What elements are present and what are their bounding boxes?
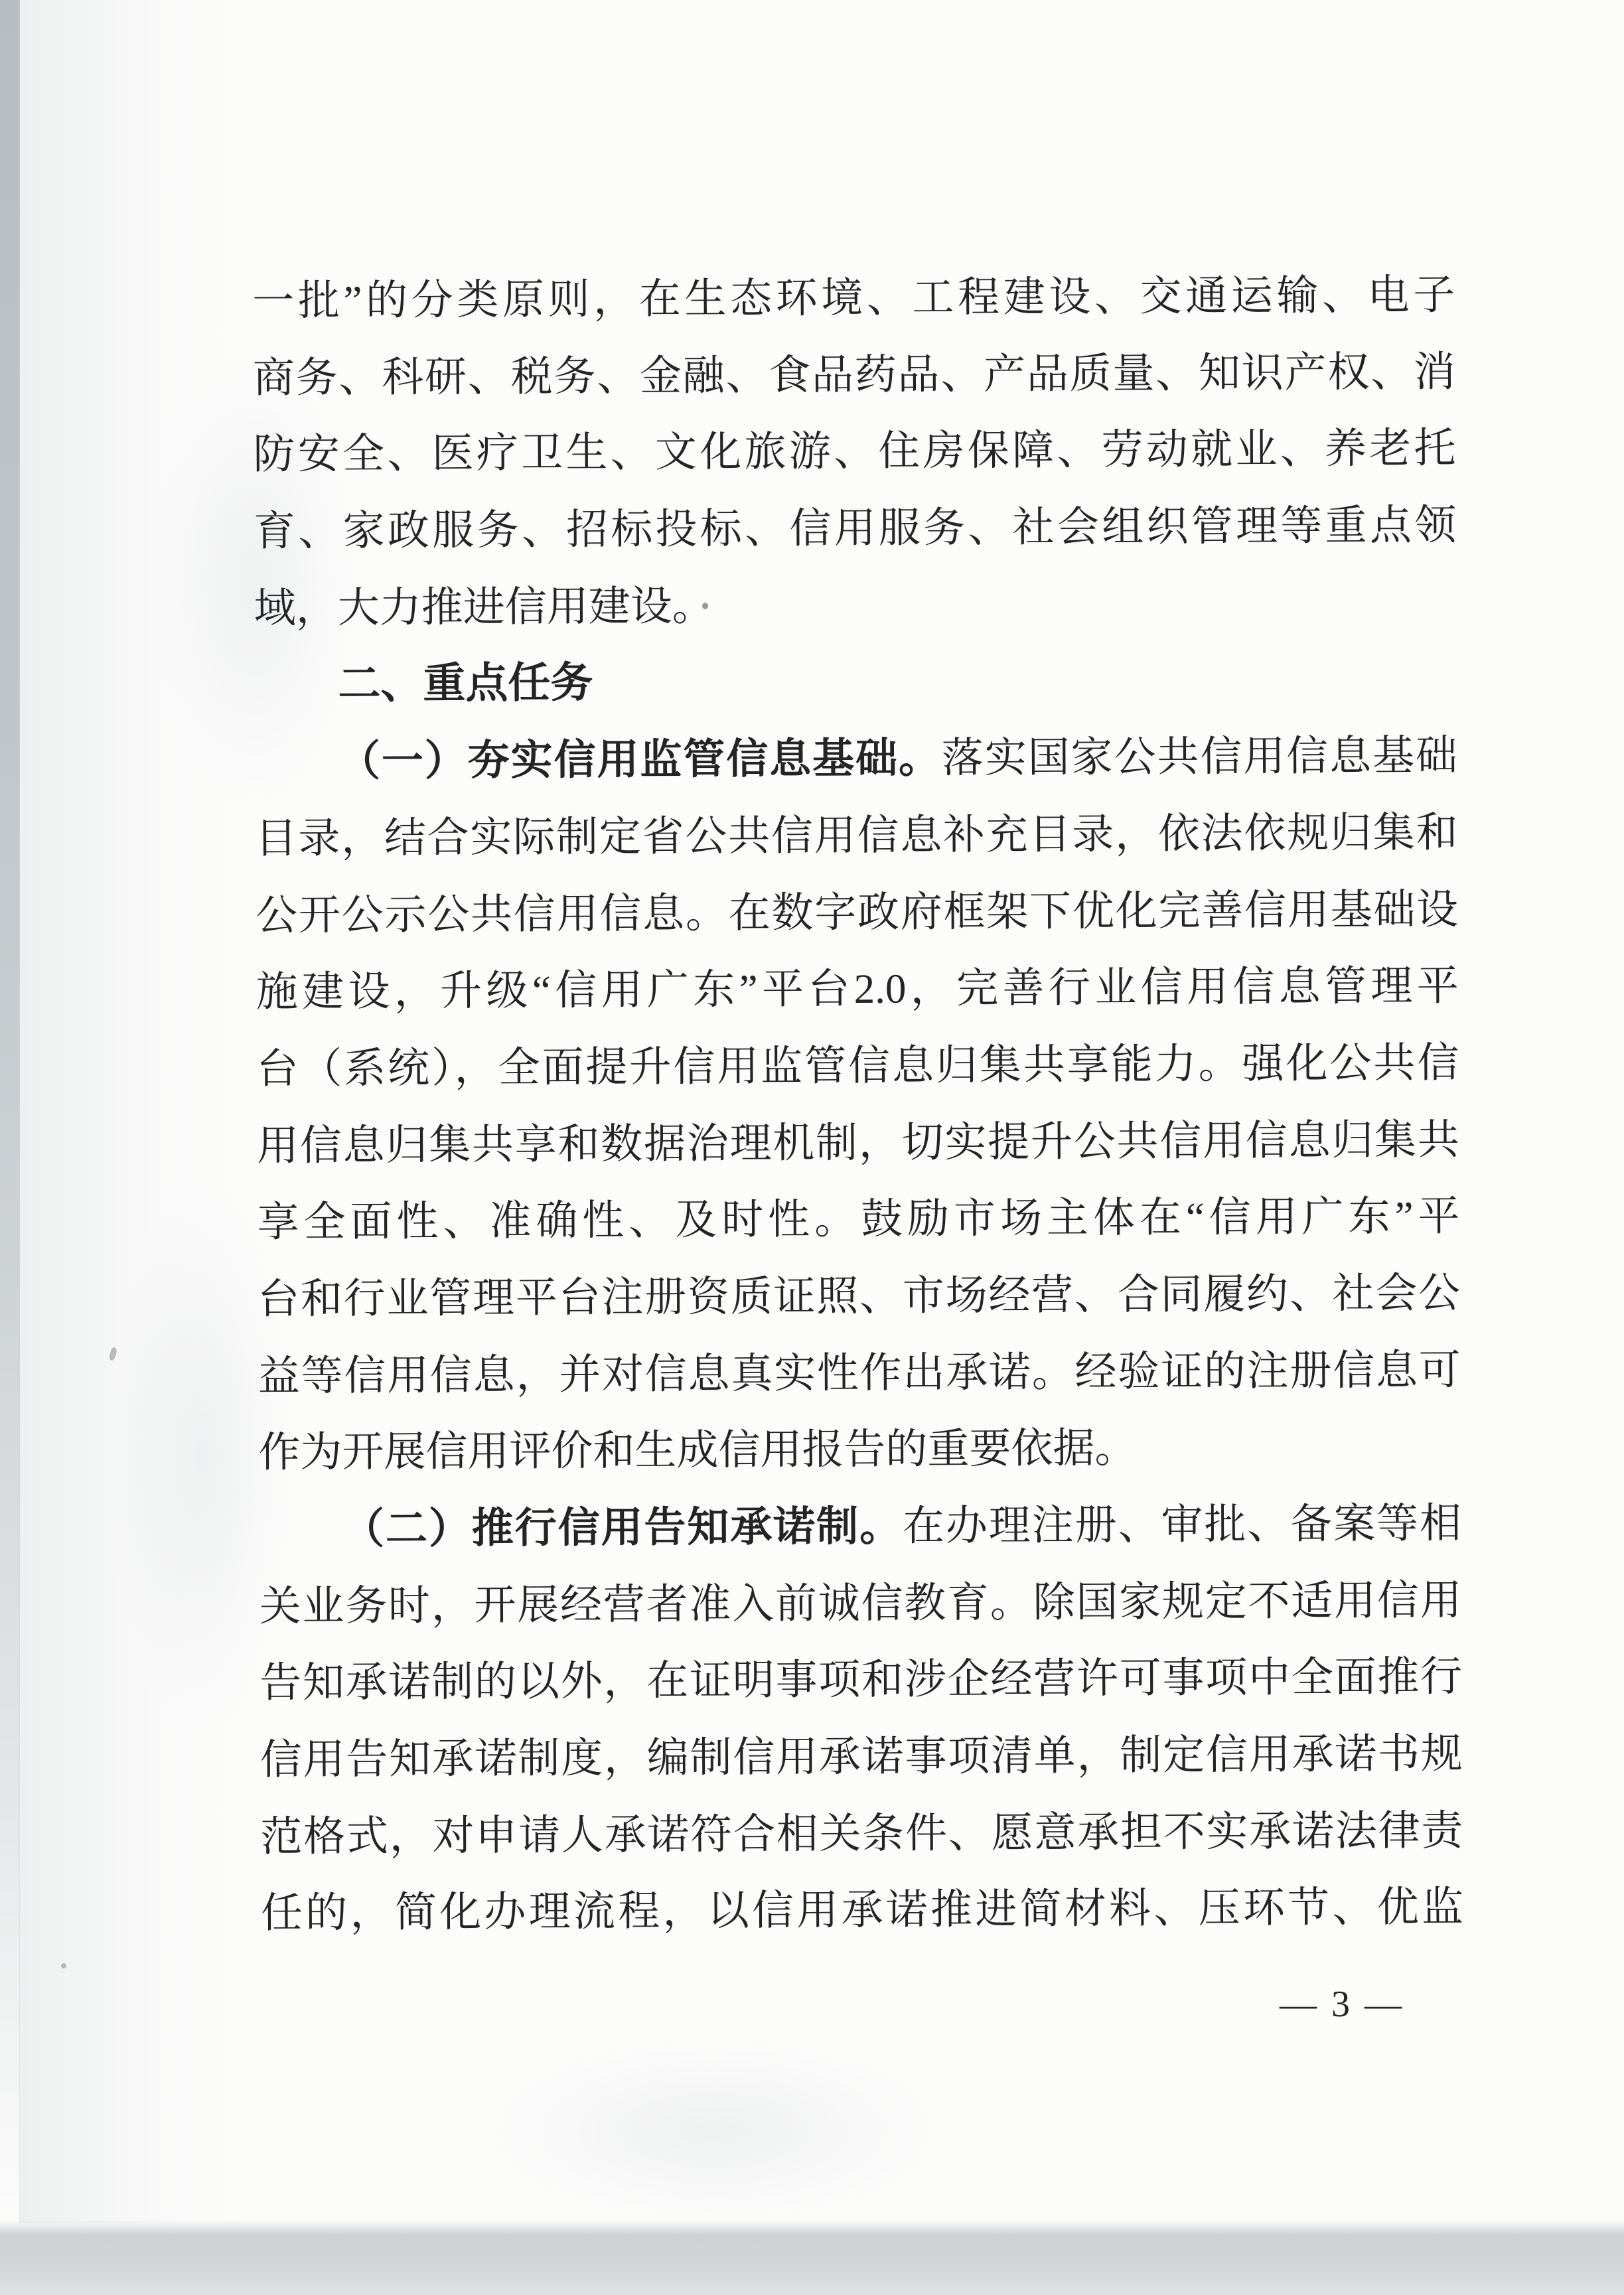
scanned-document-page: 一批”的分类原则，在生态环境、工程建设、交通运输、电子商务、科研、税务、金融、食… bbox=[0, 0, 1624, 2295]
lead-in-emphasis: （二）推行信用告知承诺制。 bbox=[342, 1503, 903, 1552]
text-line: 作为开展信用评价和生成信用报告的重要依据。 bbox=[258, 1409, 1461, 1492]
text-line: 一批”的分类原则，在生态环境、工程建设、交通运输、电子 bbox=[252, 257, 1455, 340]
text-line: 育、家政服务、招标投标、信用服务、社会组织管理等重点领 bbox=[254, 487, 1457, 570]
text-line: （一）夯实信用监管信息基础。落实国家公共信用信息基础 bbox=[255, 717, 1458, 800]
text-line: 关业务时，开展经营者准入前诚信教育。除国家规定不适用信用 bbox=[259, 1562, 1462, 1645]
body-text: 作为开展信用评价和生成信用报告的重要依据。 bbox=[258, 1425, 1136, 1476]
body-text: 台（系统），全面提升信用监管信息归集共享能力。强化公共信 bbox=[256, 1039, 1459, 1092]
body-text: 任的，简化办理流程，以信用承诺推进简材料、压环节、优监 bbox=[261, 1884, 1463, 1937]
text-line: 益等信用信息，并对信息真实性作出承诺。经验证的注册信息可 bbox=[258, 1332, 1461, 1415]
body-text: 在办理注册、审批、备案等相 bbox=[903, 1500, 1461, 1549]
text-line: 目录，结合实际制定省公共信用信息补充目录，依法依规归集和 bbox=[255, 794, 1458, 877]
body-text: 域，大力推进信用建设。 bbox=[254, 583, 714, 632]
text-line: 任的，简化办理流程，以信用承诺推进简材料、压环节、优监 bbox=[261, 1870, 1464, 1953]
text-line: 范格式，对申请人承诺符合相关条件、愿意承担不实承诺法律责 bbox=[260, 1793, 1463, 1876]
text-line: 台和行业管理平台注册资质证照、市场经营、合同履约、社会公 bbox=[258, 1255, 1461, 1338]
text-line: 公开公示公共信用信息。在数字政府框架下优化完善信用基础设 bbox=[256, 871, 1459, 954]
text-line: 告知承诺制的以外，在证明事项和涉企经营许可事项中全面推行 bbox=[259, 1639, 1463, 1722]
body-text: 一批”的分类原则，在生态环境、工程建设、交通运输、电子 bbox=[252, 271, 1455, 324]
body-text: 信用告知承诺制度，编制信用承诺事项清单，制定信用承诺书规 bbox=[260, 1730, 1463, 1783]
body-text: 台和行业管理平台注册资质证照、市场经营、合同履约、社会公 bbox=[258, 1270, 1460, 1322]
body-text: 育、家政服务、招标投标、信用服务、社会组织管理等重点领 bbox=[254, 502, 1456, 554]
body-text: 防安全、医疗卫生、文化旅游、住房保障、劳动就业、养老托 bbox=[253, 425, 1455, 478]
text-line: 防安全、医疗卫生、文化旅游、住房保障、劳动就业、养老托 bbox=[253, 411, 1456, 494]
scan-shadow-left-edge bbox=[0, 0, 20, 2223]
text-line: 施建设，升级“信用广东”平台2.0，完善行业信用信息管理平 bbox=[256, 948, 1459, 1031]
body-text: 用信息归集共享和数据治理机制，切实提升公共信用信息归集共 bbox=[257, 1116, 1459, 1169]
text-line: （二）推行信用告知承诺制。在办理注册、审批、备案等相 bbox=[259, 1485, 1462, 1568]
text-line: 域，大力推进信用建设。 bbox=[254, 564, 1457, 647]
body-text: 告知承诺制的以外，在证明事项和涉企经营许可事项中全面推行 bbox=[259, 1654, 1462, 1706]
body-text: 落实国家公共信用信息基础 bbox=[942, 732, 1457, 781]
body-text: 商务、科研、税务、金融、食品药品、产品质量、知识产权、消 bbox=[253, 348, 1455, 401]
scan-shadow-bottom-edge bbox=[0, 2220, 1624, 2295]
body-text: 公开公示公共信用信息。在数字政府框架下优化完善信用基础设 bbox=[256, 886, 1458, 938]
ink-speck bbox=[702, 603, 708, 609]
body-text: 益等信用信息，并对信息真实性作出承诺。经验证的注册信息可 bbox=[258, 1347, 1461, 1399]
text-line: 用信息归集共享和数据治理机制，切实提升公共信用信息归集共 bbox=[257, 1102, 1460, 1185]
body-text: 关业务时，开展经营者准入前诚信教育。除国家规定不适用信用 bbox=[259, 1577, 1461, 1629]
text-line: 信用告知承诺制度，编制信用承诺事项清单，制定信用承诺书规 bbox=[260, 1716, 1463, 1799]
body-text: 享全面性、准确性、及时性。鼓励市场主体在“信用广东”平 bbox=[257, 1193, 1459, 1245]
scan-artifact-blob bbox=[398, 2004, 1029, 2257]
text-line: 台（系统），全面提升信用监管信息归集共享能力。强化公共信 bbox=[256, 1025, 1459, 1108]
text-line: 享全面性、准确性、及时性。鼓励市场主体在“信用广东”平 bbox=[257, 1178, 1460, 1261]
page-number: — 3 — bbox=[1280, 1983, 1404, 2026]
body-text: 施建设，升级“信用广东”平台2.0，完善行业信用信息管理平 bbox=[256, 962, 1459, 1015]
body-text: 范格式，对申请人承诺符合相关条件、愿意承担不实承诺法律责 bbox=[260, 1807, 1463, 1860]
ink-speck bbox=[61, 1963, 66, 1968]
text-line: 商务、科研、税务、金融、食品药品、产品质量、知识产权、消 bbox=[253, 334, 1456, 417]
lead-in-emphasis: （一）夯实信用监管信息基础。 bbox=[338, 735, 942, 784]
document-body: 一批”的分类原则，在生态环境、工程建设、交通运输、电子商务、科研、税务、金融、食… bbox=[252, 257, 1463, 1953]
section-heading: 二、重点任务 bbox=[254, 641, 1457, 724]
body-text: 目录，结合实际制定省公共信用信息补充目录，依法依规归集和 bbox=[255, 809, 1457, 861]
